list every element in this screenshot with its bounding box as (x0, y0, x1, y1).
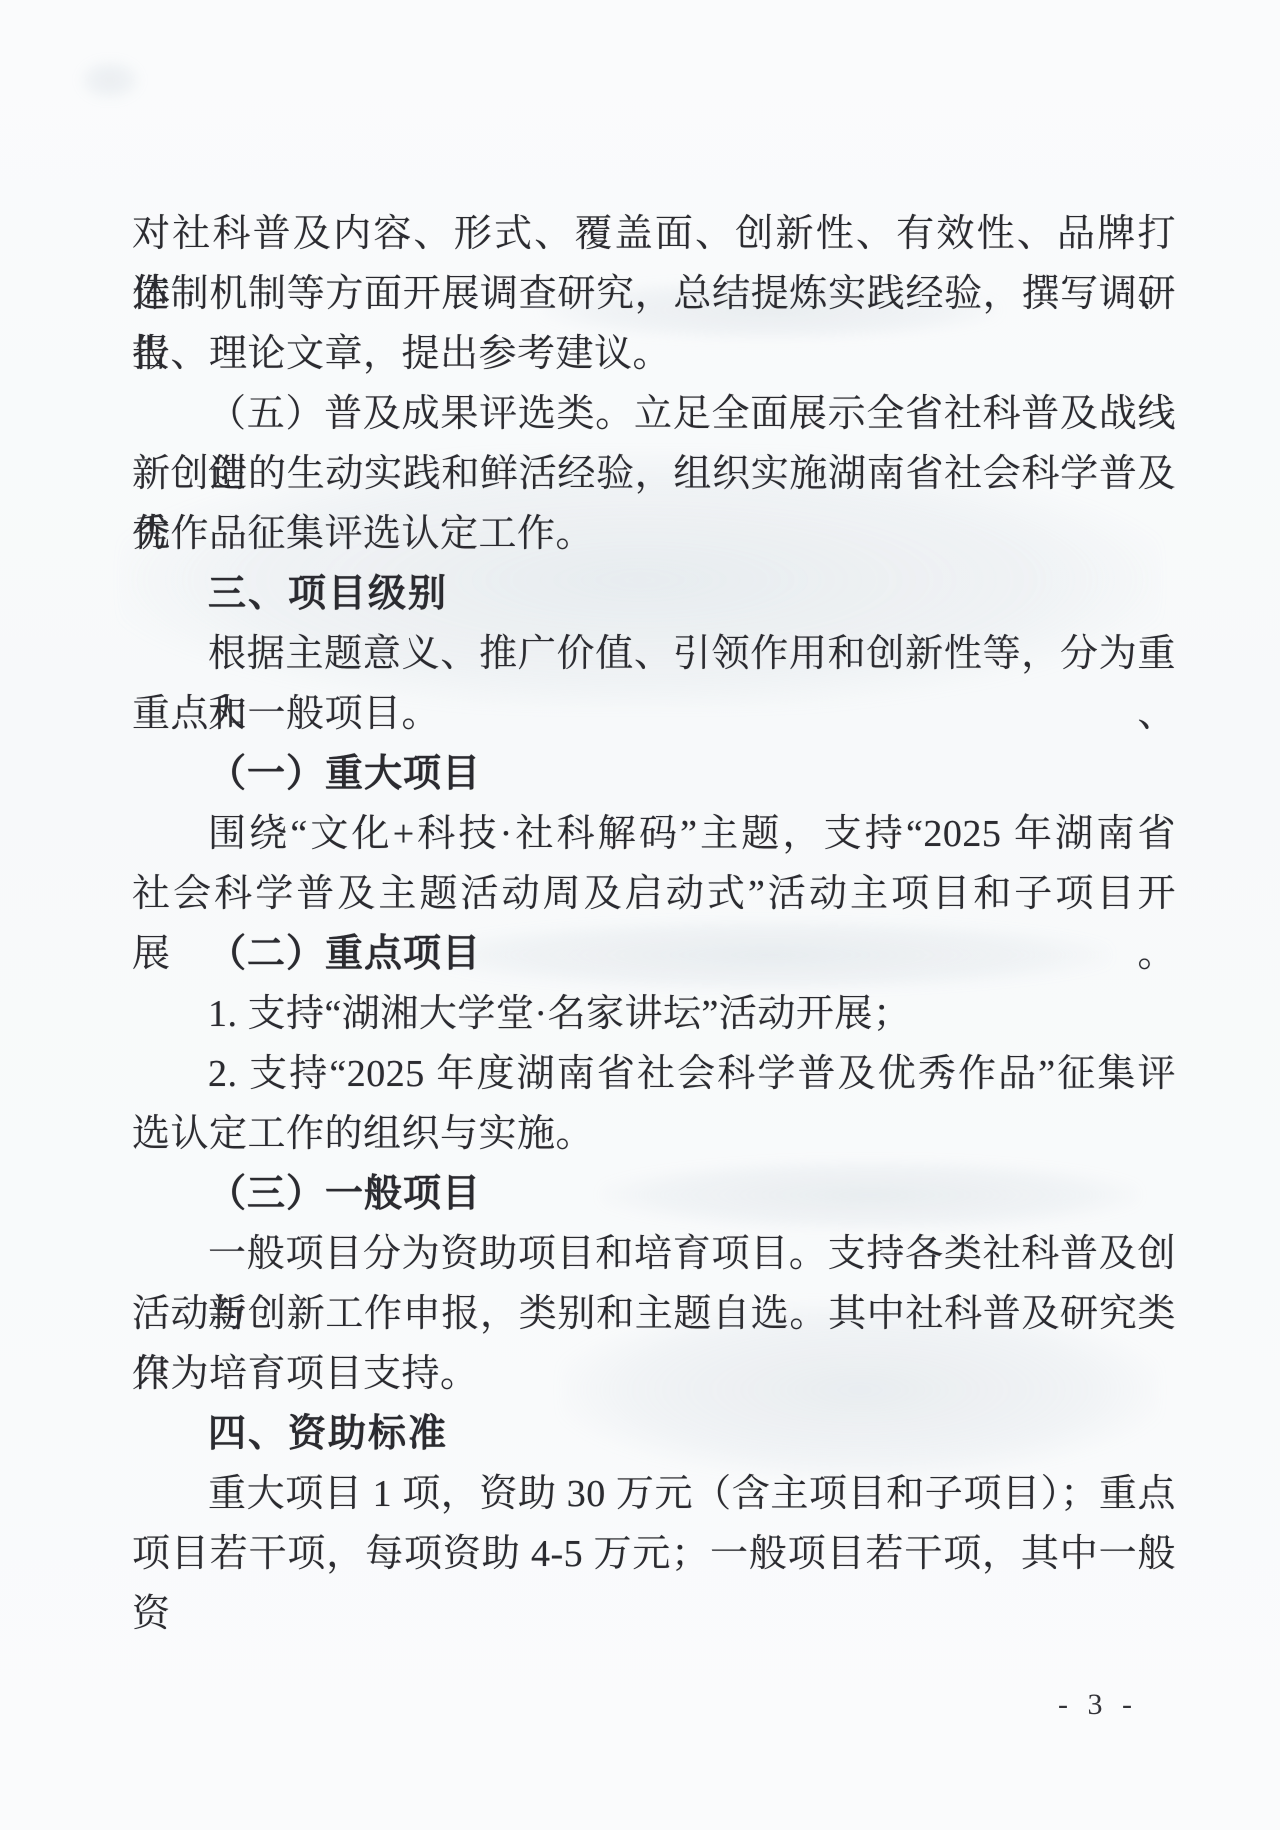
page-number: - 3 - (1058, 1688, 1138, 1722)
subheading-line: （一）重大项目 (132, 744, 1176, 804)
body-line: 活动与创新工作申报，类别和主题自选。其中社科普及研究类只 (132, 1284, 1176, 1344)
heading-line: 四、资助标准 (132, 1404, 1176, 1464)
body-line: 一般项目分为资助项目和培育项目。支持各类社科普及创新 (132, 1224, 1176, 1284)
body-line: 社会科学普及主题活动周及启动式”活动主项目和子项目开展。 (132, 864, 1176, 924)
body-line: 1. 支持“湖湘大学堂·名家讲坛”活动开展； (132, 984, 1176, 1044)
body-line: 作为培育项目支持。 (132, 1344, 1176, 1404)
heading-line: 三、项目级别 (132, 564, 1176, 624)
body-line: 对社科普及内容、形式、覆盖面、创新性、有效性、品牌打造、 (132, 204, 1176, 264)
body-line: 围绕“文化+科技·社科解码”主题，支持“2025 年湖南省 (132, 804, 1176, 864)
body-line: 体制机制等方面开展调查研究，总结提炼实践经验，撰写调研报 (132, 264, 1176, 324)
document-content: 对社科普及内容、形式、覆盖面、创新性、有效性、品牌打造、体制机制等方面开展调查研… (132, 204, 1176, 1584)
body-line: 项目若干项，每项资助 4-5 万元；一般项目若干项，其中一般资 (132, 1524, 1176, 1584)
body-line: （五）普及成果评选类。立足全面展示全省社科普及战线创 (132, 384, 1176, 444)
scanned-document-page: 对社科普及内容、形式、覆盖面、创新性、有效性、品牌打造、体制机制等方面开展调查研… (0, 0, 1280, 1830)
body-line: 秀作品征集评选认定工作。 (132, 504, 1176, 564)
scan-artifact (80, 60, 140, 100)
body-line: 告、理论文章，提出参考建议。 (132, 324, 1176, 384)
body-line: 选认定工作的组织与实施。 (132, 1104, 1176, 1164)
body-line: 根据主题意义、推广价值、引领作用和创新性等，分为重大、 (132, 624, 1176, 684)
body-line: 2. 支持“2025 年度湖南省社会科学普及优秀作品”征集评 (132, 1044, 1176, 1104)
body-line: 重大项目 1 项，资助 30 万元（含主项目和子项目）；重点 (132, 1464, 1176, 1524)
subheading-line: （三）一般项目 (132, 1164, 1176, 1224)
body-line: 新创造的生动实践和鲜活经验，组织实施湖南省社会科学普及优 (132, 444, 1176, 504)
